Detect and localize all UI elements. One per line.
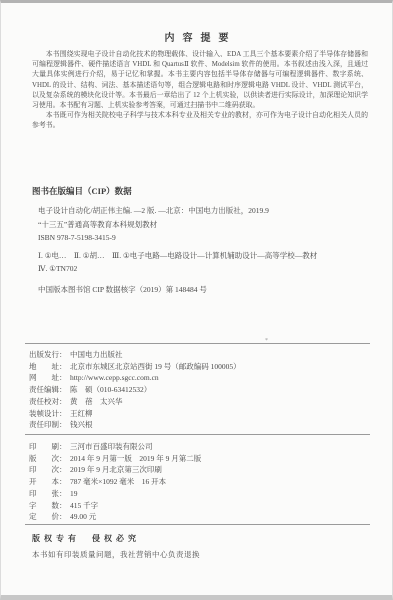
row-label: 责任校对： xyxy=(29,396,70,408)
cip-isbn-line: ISBN 978-7-5198-3415-9 xyxy=(38,231,368,245)
printing-row: 开 本：787 毫米×1092 毫米 16 开本 xyxy=(29,476,369,488)
divider-middle xyxy=(25,434,370,435)
printing-row: 字 数：415 千字 xyxy=(29,500,369,512)
printing-row: 印 张：19 xyxy=(29,488,369,500)
publisher-row: 责任编辑：陈 硕（010-63412532） xyxy=(29,384,369,396)
row-label: 印 刷： xyxy=(29,441,70,453)
copyright-page: 内容提要 本书围绕实现电子设计自动化技术的物理载体、设计输入、EDA 工具三个基… xyxy=(0,0,393,600)
row-value: 415 千字 xyxy=(70,501,98,510)
summary-paragraph-1: 本书围绕实现电子设计自动化技术的物理载体、设计输入、EDA 工具三个基本要素介绍… xyxy=(32,50,368,111)
publisher-info: 出版发行：中国电力出版社 地 址：北京市东城区北京站西街 19 号（邮政编码 1… xyxy=(29,349,369,431)
row-value: 2019 年 9 月北京第三次印刷 xyxy=(70,465,162,474)
row-value publisher-url: http://www.cepp.sgcc.com.cn xyxy=(70,373,159,382)
row-label: 网 址： xyxy=(29,372,70,384)
content-summary-title: 内容提要 xyxy=(1,29,392,44)
row-label: 责任印制： xyxy=(29,419,70,431)
row-label: 定 价： xyxy=(29,511,70,523)
row-value: 中国电力出版社 xyxy=(70,350,123,359)
row-value: 49.00 元 xyxy=(70,512,96,521)
printing-row: 版 次：2014 年 9 月第一版 2019 年 9 月第二版 xyxy=(29,453,369,465)
printing-info: 印 刷：三河市百盛印装有限公司 版 次：2014 年 9 月第一版 2019 年… xyxy=(29,441,369,523)
cip-classification: Ⅰ. ①电… Ⅱ. ①胡… Ⅲ. ①电子电路—电路设计—计算机辅助设计—高等学校… xyxy=(38,249,368,276)
row-label: 出版发行： xyxy=(29,349,70,361)
row-value: 陈 硕（010-63412532） xyxy=(70,385,151,394)
return-policy-statement: 本书如有印装质量问题，我社营销中心负责退换 xyxy=(32,549,368,560)
row-label: 印 次： xyxy=(29,464,70,476)
cip-class-line-1: Ⅰ. ①电… Ⅱ. ①胡… Ⅲ. ①电子电路—电路设计—计算机辅助设计—高等学校… xyxy=(38,251,317,260)
publisher-row: 地 址：北京市东城区北京站西街 19 号（邮政编码 100005） xyxy=(29,361,369,373)
publisher-row: 责任印制：钱兴根 xyxy=(29,419,369,431)
copyright-notice: 版权专有 侵权必究 xyxy=(32,533,368,544)
row-value: 黄 蓓 太兴华 xyxy=(70,397,123,406)
cip-title-line: 电子设计自动化/胡正伟主编. —2 版. —北京：中国电力出版社，2019.9 xyxy=(38,204,368,218)
publisher-row: 网 址：http://www.cepp.sgcc.com.cn xyxy=(29,372,369,384)
row-label: 装帧设计： xyxy=(29,408,70,420)
row-value: 钱兴根 xyxy=(70,420,93,429)
divider-top xyxy=(25,343,370,344)
publisher-row: 责任校对：黄 蓓 太兴华 xyxy=(29,396,369,408)
copyright-section: 版权专有 侵权必究 本书如有印装质量问题，我社营销中心负责退换 xyxy=(32,533,368,560)
cip-record-number: 中国版本图书馆 CIP 数据核字（2019）第 148484 号 xyxy=(38,283,368,297)
publisher-row: 出版发行：中国电力出版社 xyxy=(29,349,369,361)
printing-row: 印 次：2019 年 9 月北京第三次印刷 xyxy=(29,464,369,476)
row-value: 三河市百盛印装有限公司 xyxy=(70,442,153,451)
row-label: 开 本： xyxy=(29,476,70,488)
row-value: 19 xyxy=(70,489,78,498)
divider-bottom xyxy=(25,524,370,525)
row-label: 印 张： xyxy=(29,488,70,500)
row-label: 版 次： xyxy=(29,453,70,465)
publisher-row: 装帧设计：王红柳 xyxy=(29,408,369,420)
row-label: 责任编辑： xyxy=(29,384,70,396)
row-value: 王红柳 xyxy=(70,409,93,418)
row-label: 字 数： xyxy=(29,500,70,512)
summary-paragraph-2: 本书既可作为相关院校电子科学与技术本科专业及相关专业的教材，亦可作为电子设计自动… xyxy=(32,111,368,131)
cip-class-line-2: Ⅳ. ①TN702 xyxy=(38,262,368,276)
cip-block: 电子设计自动化/胡正伟主编. —2 版. —北京：中国电力出版社，2019.9 … xyxy=(38,204,368,296)
printing-row: 印 刷：三河市百盛印装有限公司 xyxy=(29,441,369,453)
cip-series-line: “十三五”普通高等教育本科规划教材 xyxy=(38,218,368,232)
row-value: 2014 年 9 月第一版 2019 年 9 月第二版 xyxy=(70,454,201,463)
printing-row: 定 价：49.00 元 xyxy=(29,511,369,523)
cip-heading: 图书在版编目（CIP）数据 xyxy=(32,185,132,197)
row-value: 787 毫米×1092 毫米 16 开本 xyxy=(70,477,166,486)
row-value: 北京市东城区北京站西街 19 号（邮政编码 100005） xyxy=(70,362,241,371)
row-label: 地 址： xyxy=(29,361,70,373)
content-summary: 本书围绕实现电子设计自动化技术的物理载体、设计输入、EDA 工具三个基本要素介绍… xyxy=(32,50,368,132)
